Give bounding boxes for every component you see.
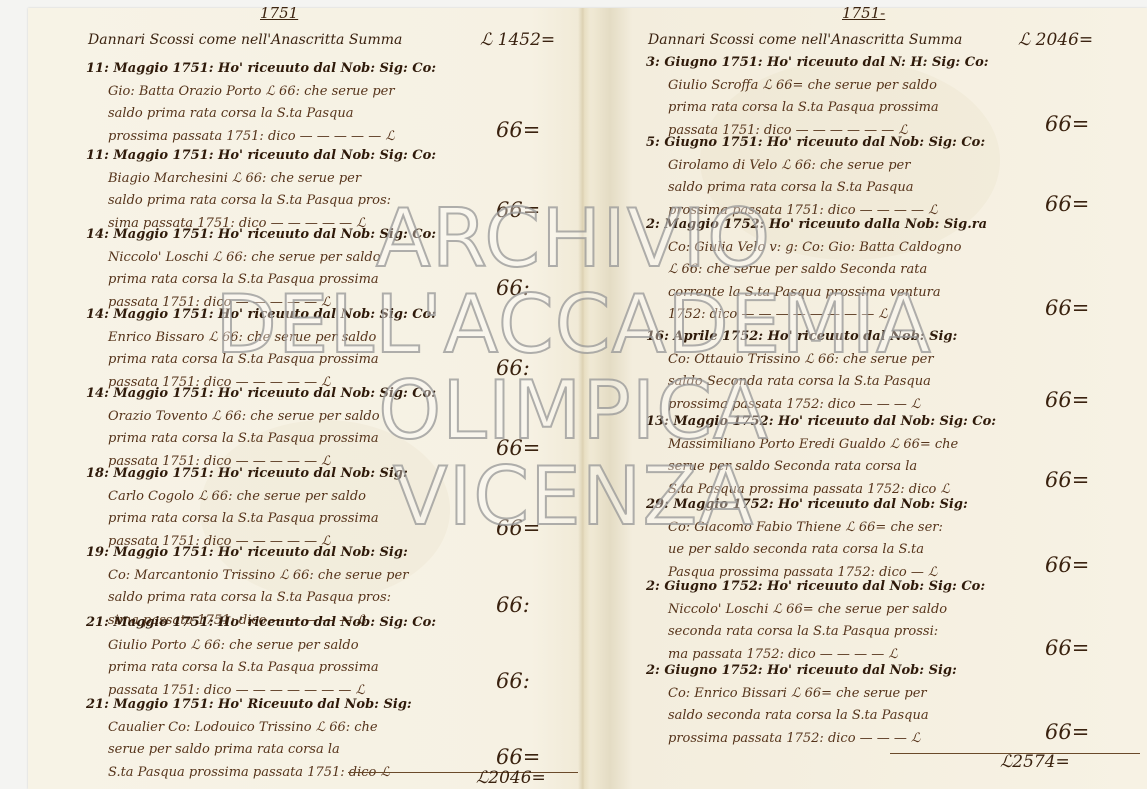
entry-amount: 66= xyxy=(1045,468,1089,492)
book-gutter xyxy=(578,8,590,789)
ledger-entry: 5: Giugno 1751: Ho' riceuuto dal Nob: Si… xyxy=(646,132,1066,222)
entry-amount: 66: xyxy=(496,669,530,693)
entry-amount: 66= xyxy=(1045,388,1089,412)
left-page: 1751 Dannari Scossi come nell'Anascritta… xyxy=(28,8,578,789)
ledger-entry: 21: Maggio 1751: Ho' riceuuto dal Nob: S… xyxy=(86,612,486,702)
entry-amount: 66= xyxy=(496,198,540,222)
ledger-entry: 2: Maggio 1752: Ho' riceuuto dalla Nob: … xyxy=(646,214,1066,327)
carry-forward-line: Dannari Scossi come nell'Anascritta Summ… xyxy=(88,32,402,48)
ledger-entry: 21: Maggio 1751: Ho' Riceuuto dal Nob: S… xyxy=(86,694,486,784)
right-page: 1751- Dannari Scossi come nell'Anascritt… xyxy=(590,8,1147,789)
carry-forward-text: Dannari Scossi come nell'Anascritta Summ… xyxy=(88,32,402,48)
ledger-entry: 18: Maggio 1751: Ho' riceuuto dal Nob: S… xyxy=(86,463,486,553)
ledger-entry: 14: Maggio 1751: Ho' riceuuto dal Nob: S… xyxy=(86,304,486,394)
entry-amount: 66= xyxy=(1045,296,1089,320)
entry-amount: 66= xyxy=(1045,636,1089,660)
entry-amount: 66: xyxy=(496,276,530,300)
ledger-entry: 3: Giugno 1751: Ho' riceuuto dal N: H: S… xyxy=(646,52,1066,142)
entry-amount: 66: xyxy=(496,356,530,380)
entry-amount: 66= xyxy=(496,516,540,540)
entry-amount: 66: xyxy=(496,593,530,617)
entry-amount: 66= xyxy=(496,436,540,460)
page-total: ℒ2574= xyxy=(1000,752,1070,772)
entry-amount: 66= xyxy=(1045,192,1089,216)
ledger-entry: 14: Maggio 1751: Ho' riceuuto dal Nob: S… xyxy=(86,224,486,314)
ledger-entry: 14: Maggio 1751: Ho' riceuuto dal Nob: S… xyxy=(86,383,486,473)
entry-amount: 66= xyxy=(1045,553,1089,577)
ledger-entry: 11: Maggio 1751: Ho' riceuuto dal Nob: S… xyxy=(86,58,486,148)
ledger-entry: 13: Maggio 1752: Ho' riceuuto dal Nob: S… xyxy=(646,411,1066,501)
entry-amount: 66= xyxy=(496,745,540,769)
carry-forward-amount: ℒ 2046= xyxy=(1018,30,1093,50)
page-year-heading: 1751- xyxy=(842,4,885,22)
entry-amount: 66= xyxy=(1045,720,1089,744)
ledger-entry: 2: Giugno 1752: Ho' riceuuto dal Nob: Si… xyxy=(646,576,1066,666)
ledger-entry: 16: Aprile 1752: Ho' riceuuto dal Nob: S… xyxy=(646,326,1066,416)
entry-amount: 66= xyxy=(496,118,540,142)
carry-forward-text: Dannari Scossi come nell'Anascritta Summ… xyxy=(648,32,962,48)
ledger-entry: 2: Giugno 1752: Ho' riceuuto dal Nob: Si… xyxy=(646,660,1066,750)
page-year-heading: 1751 xyxy=(260,4,298,22)
page-total: ℒ2046= xyxy=(476,768,546,788)
carry-forward-line: Dannari Scossi come nell'Anascritta Summ… xyxy=(648,32,962,48)
ledger-entry: 11: Maggio 1751: Ho' riceuuto dal Nob: S… xyxy=(86,145,486,235)
carry-forward-amount: ℒ 1452= xyxy=(480,30,555,50)
ledger-entry: 29: Maggio 1752: Ho' riceuuto dal Nob: S… xyxy=(646,494,1066,584)
